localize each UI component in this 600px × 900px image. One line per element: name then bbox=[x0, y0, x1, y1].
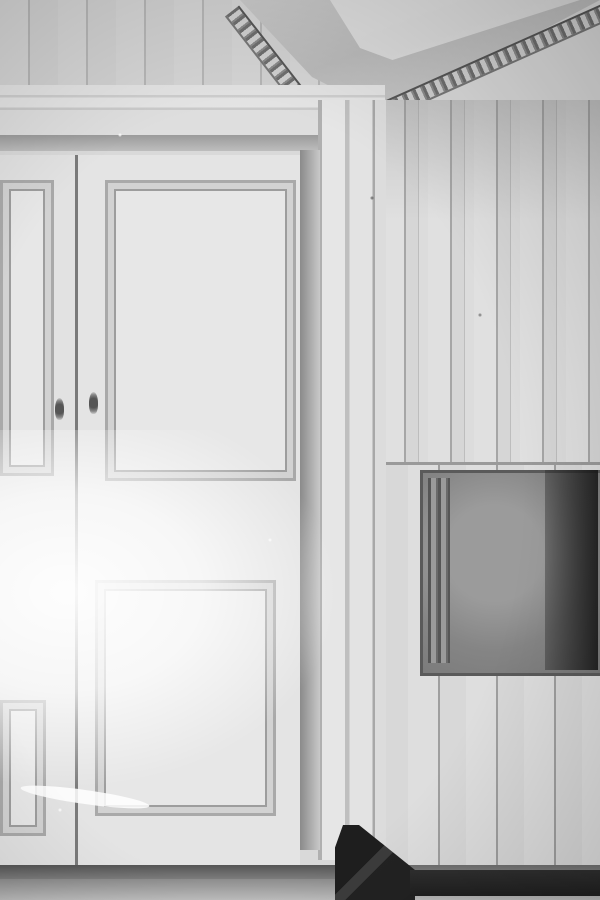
door-handle-right-icon bbox=[89, 392, 98, 414]
door-header-band bbox=[0, 135, 320, 151]
door-handle-left-icon bbox=[55, 398, 64, 420]
baseboard-right bbox=[410, 870, 600, 896]
patch-shadow bbox=[545, 470, 598, 670]
wall-shadow bbox=[382, 100, 600, 220]
patch-edge-boards bbox=[428, 478, 450, 663]
baseboard-left bbox=[0, 865, 345, 879]
light-flare bbox=[0, 430, 340, 790]
